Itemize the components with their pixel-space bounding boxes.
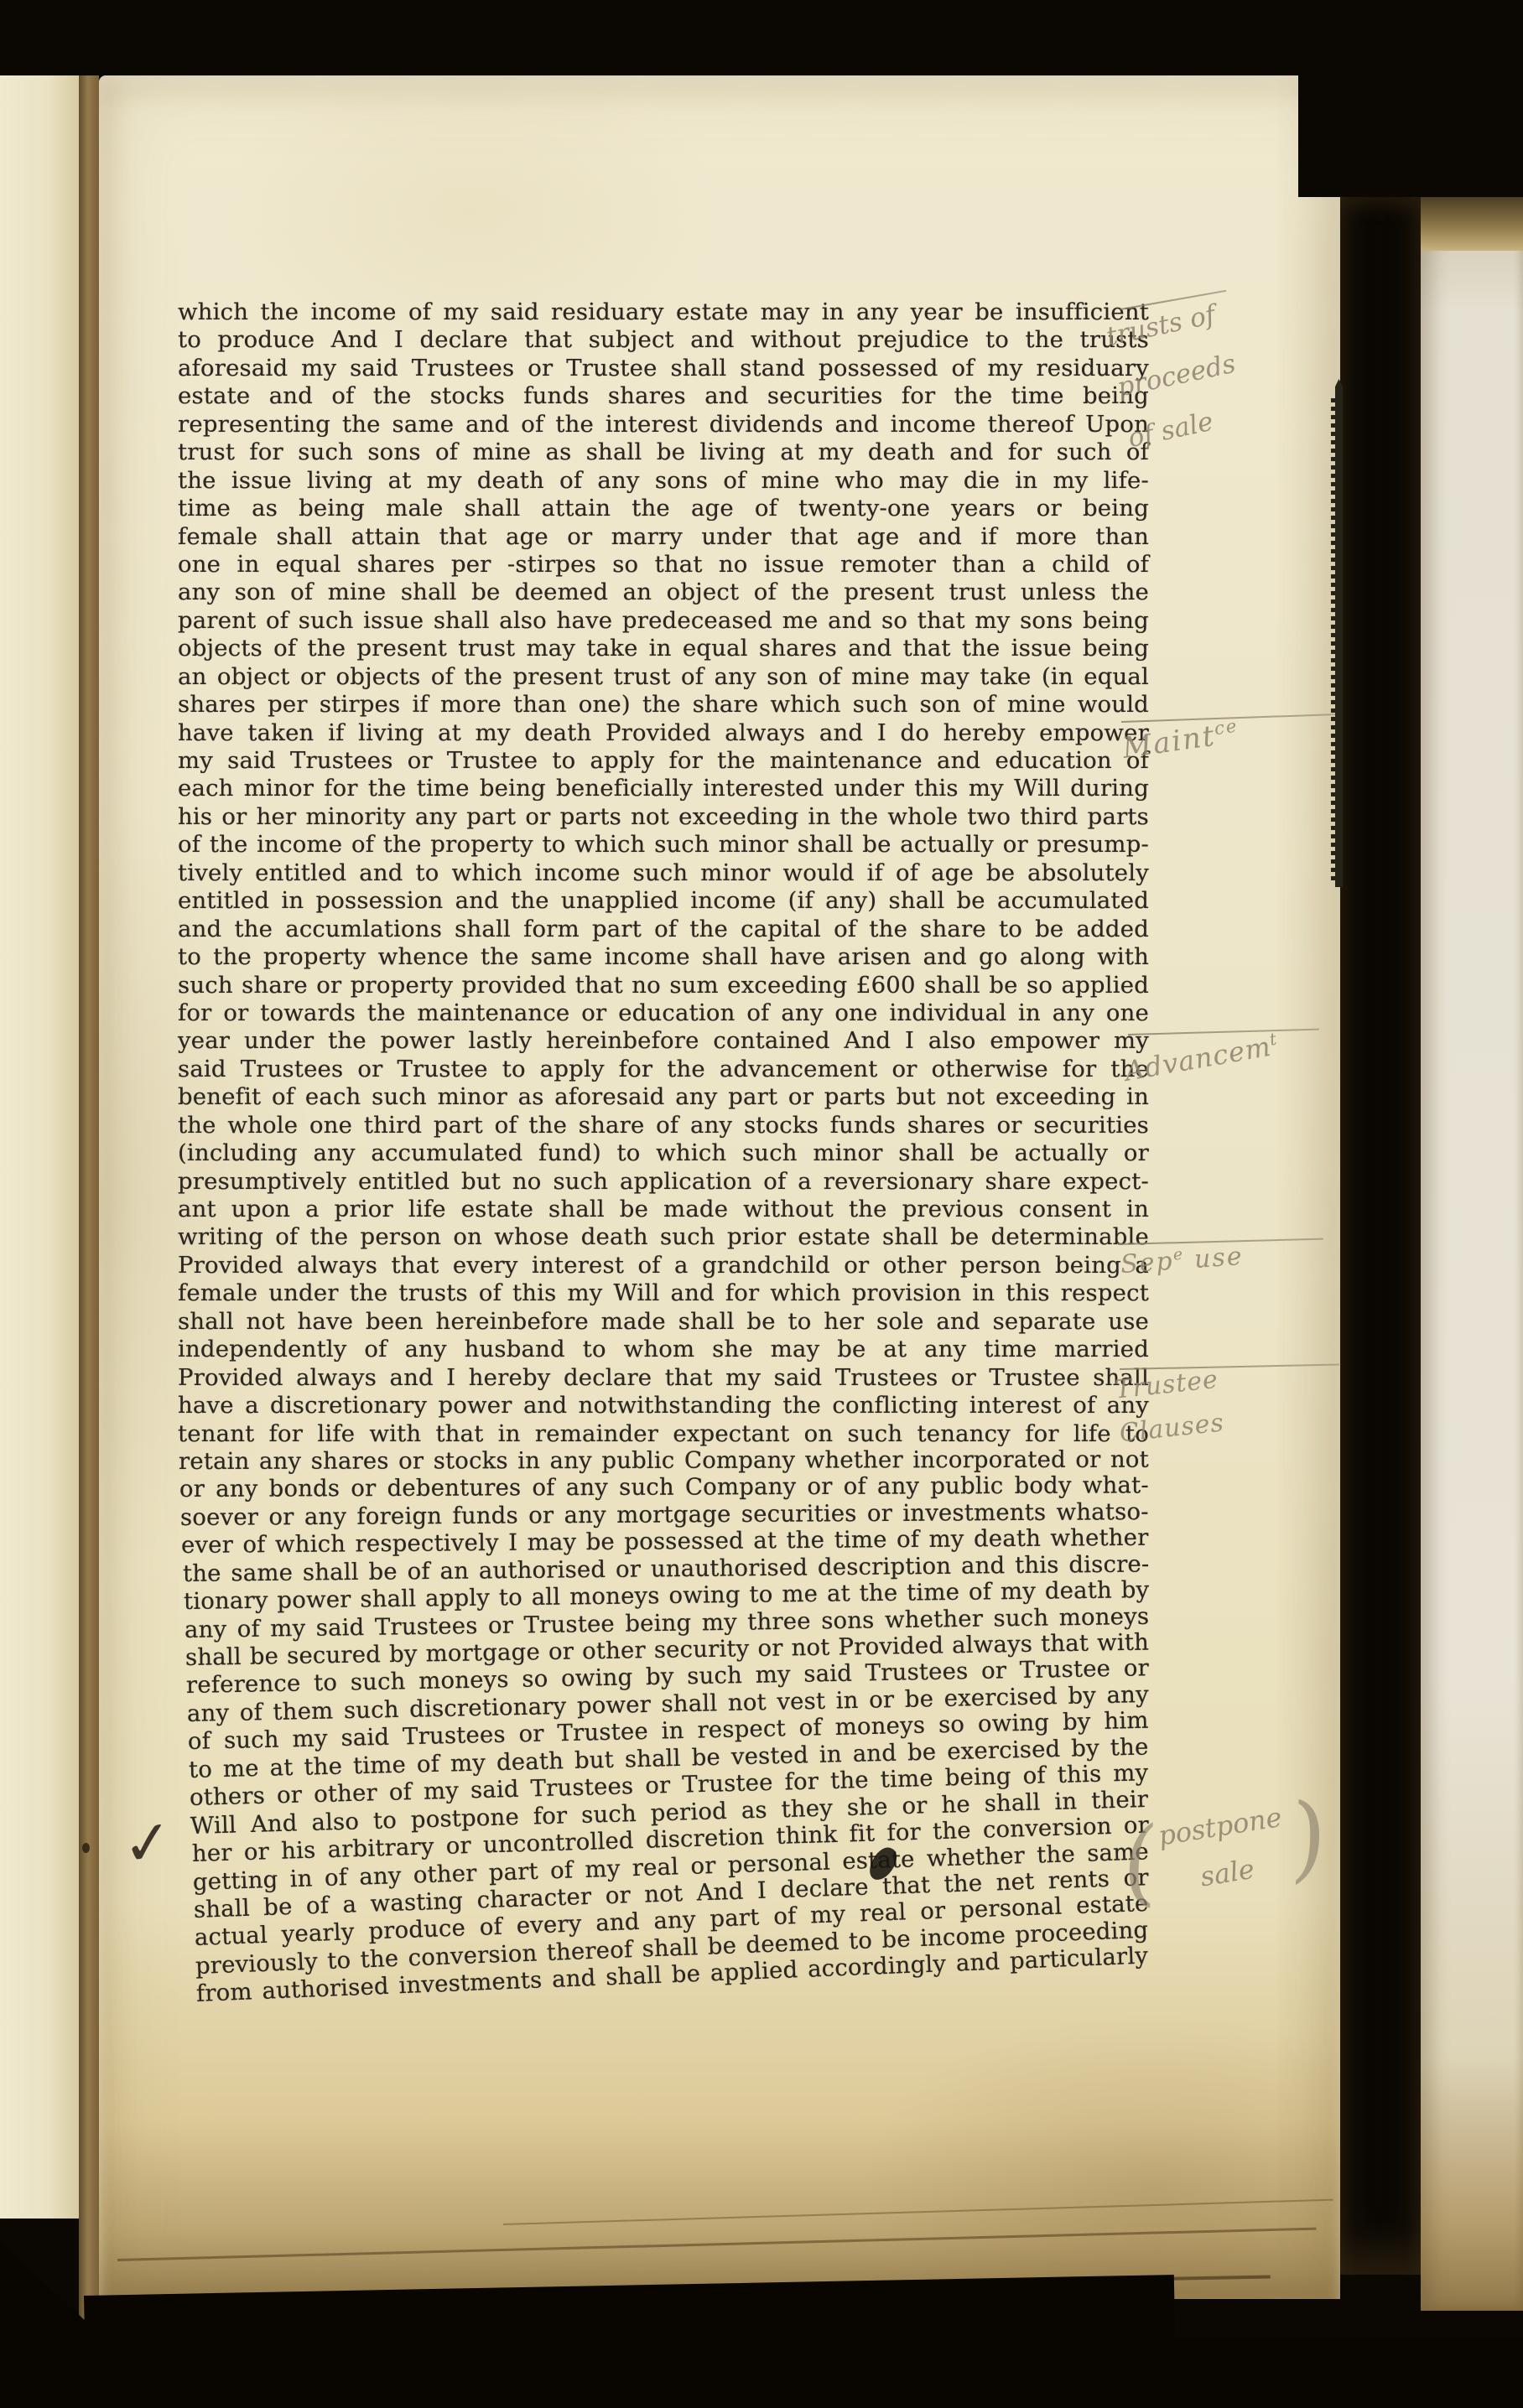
text-line: female shall attain that age or marry un… <box>178 523 1149 551</box>
text-line: of the income of the property to which s… <box>178 831 1149 859</box>
text-line: said Trustees or Trustee to apply for th… <box>178 1056 1149 1083</box>
text-line: Provided always and I hereby declare tha… <box>178 1364 1149 1392</box>
text-line: representing the same and of the interes… <box>178 411 1149 439</box>
binding-hole <box>82 1843 90 1853</box>
text-line: female under the trusts of this my Will … <box>178 1279 1149 1307</box>
text-line: one in equal shares per -stirpes so that… <box>178 551 1149 579</box>
text-line: have a discretionary power and notwithst… <box>178 1392 1149 1419</box>
text-line: benefit of each such minor as aforesaid … <box>178 1083 1149 1111</box>
note-text: Sep <box>1120 1247 1175 1279</box>
serrated-tab <box>1335 379 1343 887</box>
text-line: year under the power lastly hereinbefore… <box>178 1027 1149 1055</box>
text-line: writing of the person on whose death suc… <box>178 1223 1149 1251</box>
text-line: any son of mine shall be deemed an objec… <box>178 579 1149 606</box>
underlying-page <box>1421 206 1523 2311</box>
serrated-tab-edge <box>1331 394 1336 880</box>
text-line: which the income of my said residuary es… <box>178 298 1149 326</box>
text-line: estate and of the stocks funds shares an… <box>178 382 1149 410</box>
ink-checkmark: ✓ <box>119 1805 177 1881</box>
text-line: shall not have been hereinbefore made sh… <box>178 1308 1149 1336</box>
note-text: use <box>1183 1242 1244 1275</box>
text-line: the issue living at my death of any sons… <box>178 467 1149 495</box>
text-line: and the accumlations shall form part of … <box>178 916 1149 943</box>
text-line: for or towards the maintenance or educat… <box>178 999 1149 1027</box>
text-line: to produce And I declare that subject an… <box>178 326 1149 354</box>
text-line: trust for such sons of mine as shall be … <box>178 439 1149 466</box>
text-line: have taken if living at my death Provide… <box>178 719 1149 747</box>
text-line: parent of such issue shall also have pre… <box>178 607 1149 635</box>
text-line: entitled in possession and the unapplied… <box>178 887 1149 915</box>
text-line: his or her minority any part or parts no… <box>178 803 1149 831</box>
photo-background <box>1298 0 1523 197</box>
text-line: my said Trustees or Trustee to apply for… <box>178 747 1149 775</box>
text-line: objects of the present trust may take in… <box>178 635 1149 662</box>
text-line: each minor for the time being beneficial… <box>178 775 1149 802</box>
text-line: to the property whence the same income s… <box>178 943 1149 971</box>
page-edge-shadow <box>1421 195 1523 251</box>
text-line: such share or property provided that no … <box>178 972 1149 999</box>
text-line: ant upon a prior life estate shall be ma… <box>178 1196 1149 1223</box>
text-line: time as being male shall attain the age … <box>178 495 1149 522</box>
binding-gutter <box>79 74 99 2338</box>
text-line: tively entitled and to which income such… <box>178 859 1149 887</box>
text-line: retain any shares or stocks in any publi… <box>179 1446 1149 1476</box>
text-line: the whole one third part of the share of… <box>178 1112 1149 1139</box>
margin-note-trustee-clauses: Trustee Clauses <box>1113 1358 1226 1456</box>
photo-background <box>0 0 1523 75</box>
will-text-block: which the income of my said residuary es… <box>178 298 1149 2009</box>
text-line: shares per stirpes if more than one) the… <box>178 691 1149 719</box>
text-line: independently of any husband to whom she… <box>178 1336 1149 1363</box>
text-line: aforesaid my said Trustees or Trustee sh… <box>178 355 1149 382</box>
text-line: presumptively entitled but no such appli… <box>178 1168 1149 1196</box>
book-page-photo: which the income of my said residuary es… <box>0 0 1523 2408</box>
text-line: an object or objects of the present trus… <box>178 663 1149 691</box>
text-line: tenant for life with that in remainder e… <box>178 1420 1149 1448</box>
text-line: (including any accumulated fund) to whic… <box>178 1139 1149 1167</box>
text-line: Provided always that every interest of a… <box>178 1252 1149 1279</box>
previous-page-edge <box>0 72 79 2219</box>
stacked-page-edges <box>1340 195 1421 2275</box>
photo-background <box>0 2338 1523 2408</box>
